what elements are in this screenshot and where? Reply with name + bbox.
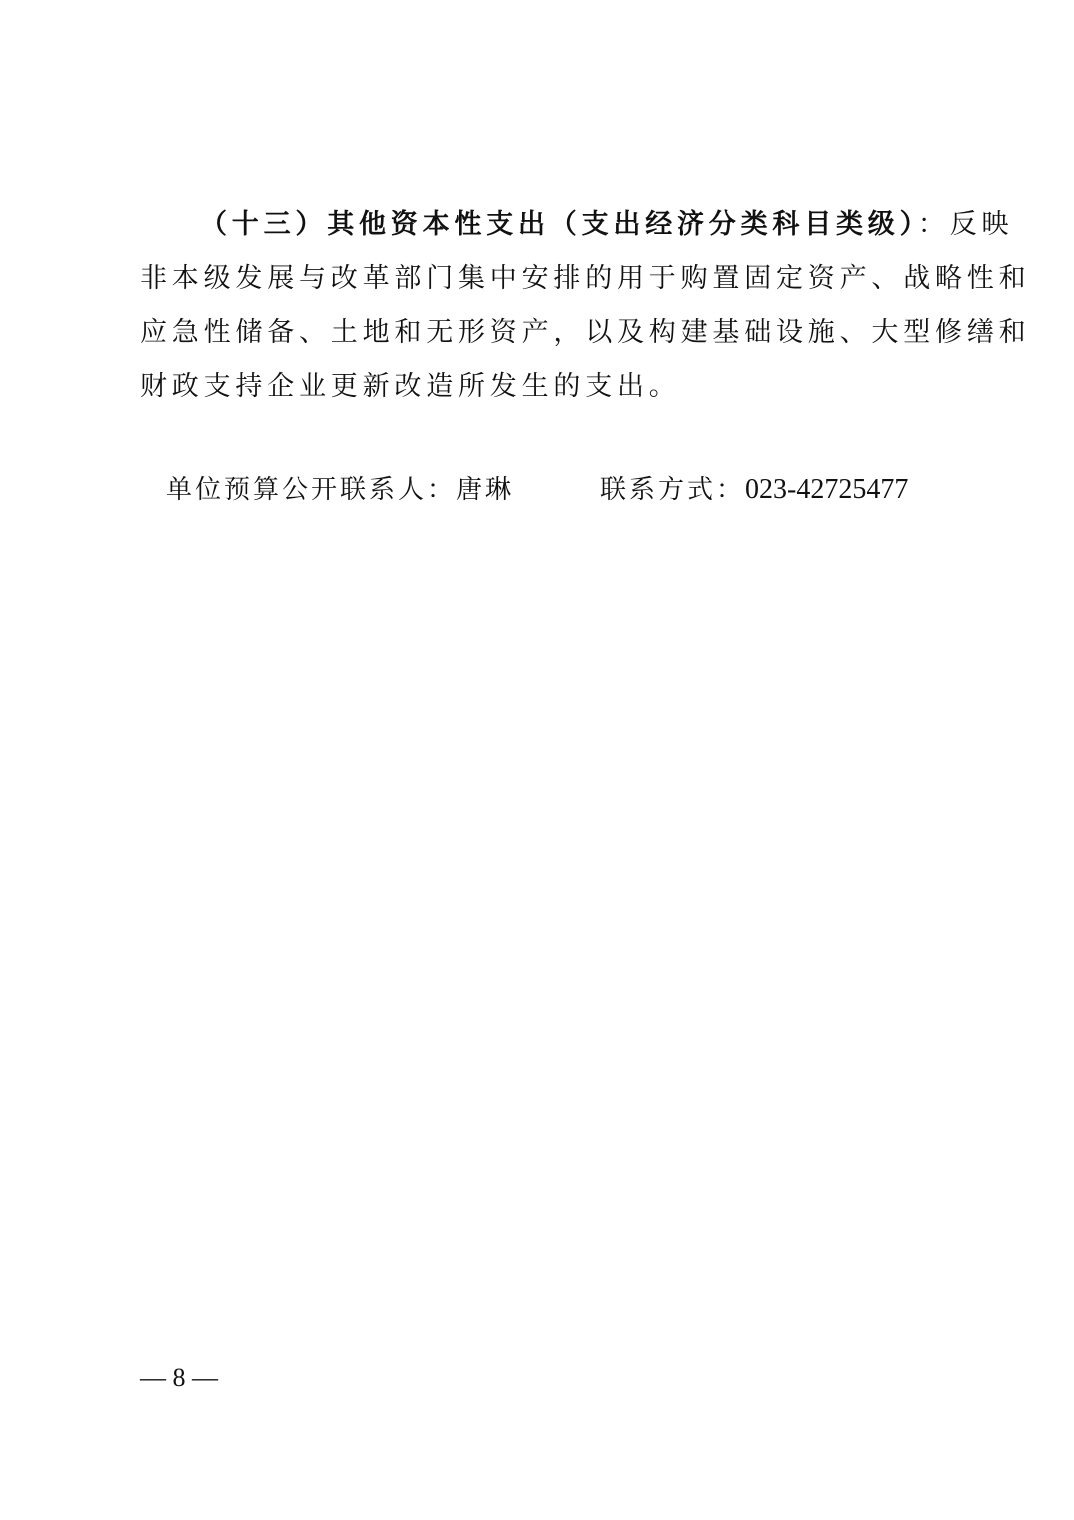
contact-person-name: 唐琳 bbox=[456, 475, 514, 505]
page-number: — 8 — bbox=[140, 1358, 218, 1398]
contact-phone-label: 联系方式： bbox=[600, 475, 745, 505]
section-heading: （十三）其他资本性支出（支出经济分类科目类级） bbox=[200, 209, 918, 240]
paragraph-line-1: （十三）其他资本性支出（支出经济分类科目类级）：反映 bbox=[140, 198, 940, 252]
paragraph-line-3: 应急性储备、土地和无形资产，以及构建基础设施、大型修缮和 bbox=[140, 306, 940, 360]
paragraph-line-2: 非本级发展与改革部门集中安排的用于购置固定资产、战略性和 bbox=[140, 252, 940, 306]
contact-person-label: 单位预算公开联系人： bbox=[166, 475, 456, 505]
section-paragraph: （十三）其他资本性支出（支出经济分类科目类级）：反映 非本级发展与改革部门集中安… bbox=[140, 198, 940, 414]
paragraph-line-4: 财政支持企业更新改造所发生的支出。 bbox=[140, 360, 940, 414]
contact-phone: 联系方式：023-42725477 bbox=[600, 468, 908, 512]
contact-info: 单位预算公开联系人：唐琳 联系方式：023-42725477 bbox=[166, 468, 514, 512]
document-page: （十三）其他资本性支出（支出经济分类科目类级）：反映 非本级发展与改革部门集中安… bbox=[0, 0, 1074, 1520]
heading-suffix: ：反映 bbox=[918, 209, 1013, 240]
contact-phone-number: 023-42725477 bbox=[745, 474, 908, 505]
